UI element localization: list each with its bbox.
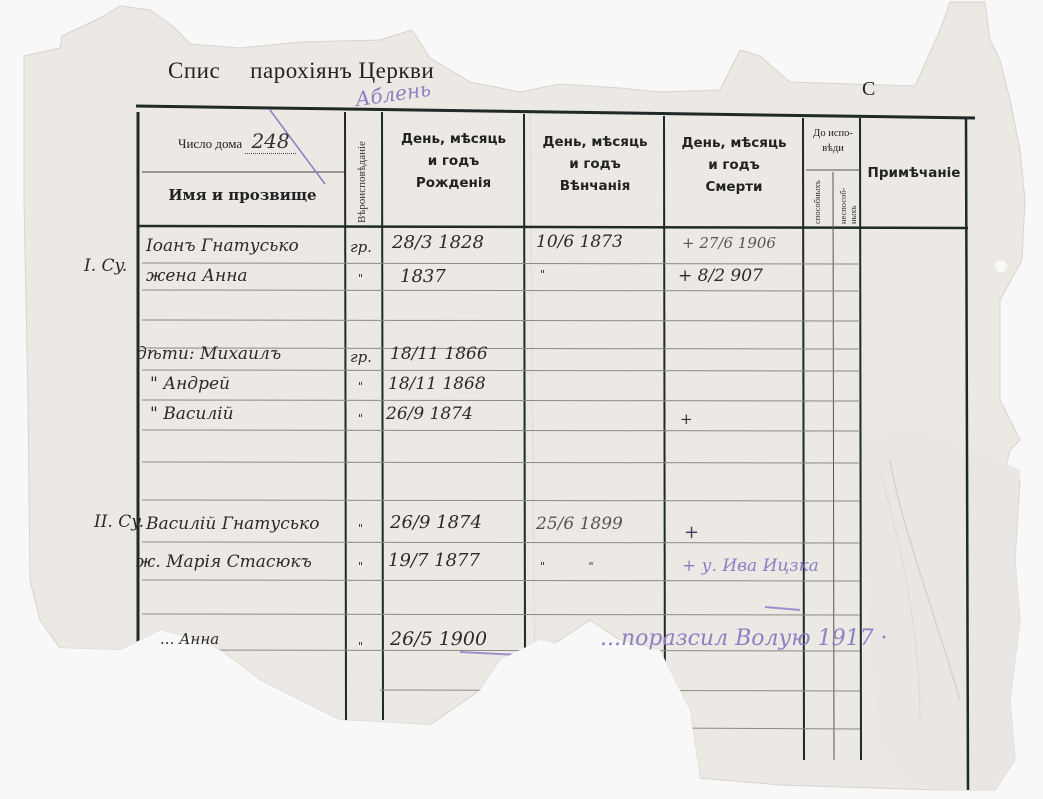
house-number-label: Число дома xyxy=(178,136,242,151)
group-label-1: I. Cy. xyxy=(84,256,127,276)
title-suffix: С xyxy=(862,78,875,101)
name-cell: Василій Гнатусько xyxy=(146,514,319,534)
notes-column-header: Примѣчаніе xyxy=(862,162,966,184)
wedding-cell: 25/6 1899 xyxy=(536,514,623,534)
death-column-header: День, мѣсяць и годъ Смерти xyxy=(665,132,803,198)
birth-cell: 28/3 1828 xyxy=(392,232,484,253)
death-cell: + xyxy=(684,522,699,543)
religion-cell: " xyxy=(358,522,363,535)
birth-header-line1: День, мѣсяць xyxy=(383,128,524,150)
name-cell: ж. Марія Стасюкъ xyxy=(136,552,312,572)
death-header-line2: и годъ xyxy=(665,154,803,176)
religion-cell: гр. xyxy=(350,238,372,256)
birth-column-header: День, мѣсяць и годъ Рожденія xyxy=(383,128,524,194)
paper-sheet xyxy=(0,0,1043,799)
religion-cell: " xyxy=(358,412,363,425)
name-cell: жена Анна xyxy=(146,266,248,286)
wedding-cell: " " xyxy=(540,560,594,573)
birth-header-line2: и годъ xyxy=(383,150,524,172)
wedding-header-line3: Вѣнчанія xyxy=(525,175,665,197)
document-title: Списпарохіянъ Церкви xyxy=(168,58,434,84)
religion-cell: " xyxy=(358,640,363,653)
wedding-column-header: День, мѣсяць и годъ Вѣнчанія xyxy=(525,131,665,197)
wedding-header-line2: и годъ xyxy=(525,153,665,175)
religion-cell: " xyxy=(358,560,363,573)
name-cell: " Василій xyxy=(150,404,234,424)
confession-column-header: До испо- вѣди xyxy=(806,126,860,156)
confession-incapable-header: неспособ- ныхъ xyxy=(838,176,856,224)
birth-cell: 19/7 1877 xyxy=(388,550,480,571)
death-cell: + у. Ива Ицзка xyxy=(682,556,819,576)
death-header-line3: Смерти xyxy=(665,176,803,198)
religion-column-header: Вѣроисповѣданіе xyxy=(356,118,368,223)
confession-capable-header: способныхъ xyxy=(812,176,822,224)
group-label-2: II. Cy. xyxy=(94,512,144,532)
name-cell: дѣти: Михаилъ xyxy=(136,344,281,364)
note-cell: ...поразсил Волую 1917 · xyxy=(600,626,888,651)
wedding-cell: 10/6 1873 xyxy=(536,232,623,252)
religion-cell: гр. xyxy=(350,348,372,366)
house-number-header: Число дома 248 xyxy=(150,130,345,155)
birth-cell: 18/11 1868 xyxy=(388,374,486,394)
birth-cell: 26/9 1874 xyxy=(386,404,473,424)
birth-cell: 26/9 1874 xyxy=(390,512,482,533)
death-cell: + 8/2 907 xyxy=(678,266,763,286)
wedding-cell: " xyxy=(540,268,545,281)
death-cell: + xyxy=(680,410,693,428)
religion-cell: " xyxy=(358,380,363,393)
title-left: Спис xyxy=(168,58,220,83)
death-cell: + 27/6 1906 xyxy=(682,234,776,252)
name-column-header: Имя и прозвище xyxy=(140,184,345,206)
religion-cell: " xyxy=(358,272,363,285)
house-number-value: 248 xyxy=(245,129,295,154)
name-cell: ... Анна xyxy=(160,630,219,648)
birth-cell: 1837 xyxy=(400,266,446,287)
birth-header-line3: Рожденія xyxy=(383,172,524,194)
birth-cell: 18/11 1866 xyxy=(390,344,488,364)
death-header-line1: День, мѣсяць xyxy=(665,132,803,154)
birth-cell: 26/5 1900 xyxy=(390,628,487,650)
wedding-header-line1: День, мѣсяць xyxy=(525,131,665,153)
torn-document-page: Списпарохіянъ Церкви С Аблень Число дома… xyxy=(0,0,1043,799)
name-cell: Іоанъ Гнатусько xyxy=(146,236,299,256)
name-cell: " Андрей xyxy=(150,374,230,394)
